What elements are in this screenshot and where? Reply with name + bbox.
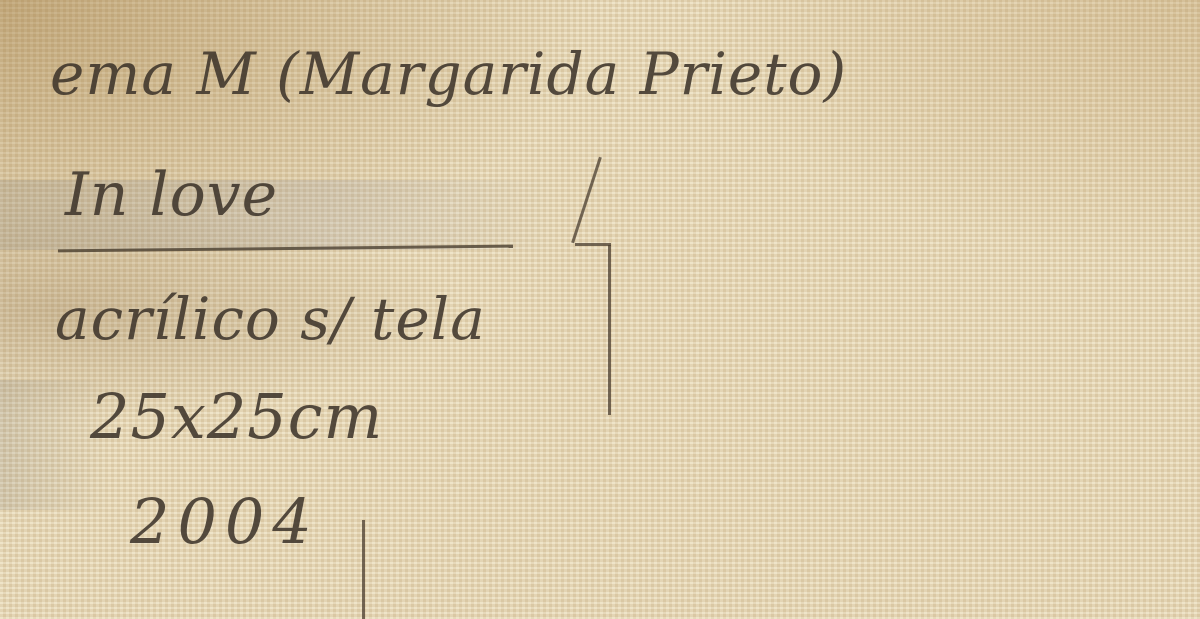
signature-mark-stroke: [608, 245, 611, 415]
year-inscription: 2004: [130, 485, 320, 558]
signature-mark-stroke: [575, 243, 611, 246]
signature-mark-stroke: [571, 157, 602, 244]
dimensions-inscription: 25x25cm: [90, 380, 383, 453]
artist-name-inscription: ema M (Margarida Prieto): [50, 40, 847, 108]
year-tail-stroke: [362, 520, 365, 619]
canvas-back-photo: ema M (Margarida Prieto) In love acrílic…: [0, 0, 1200, 619]
medium-inscription: acrílico s/ tela: [55, 285, 486, 353]
artwork-title-inscription: In love: [65, 160, 278, 230]
